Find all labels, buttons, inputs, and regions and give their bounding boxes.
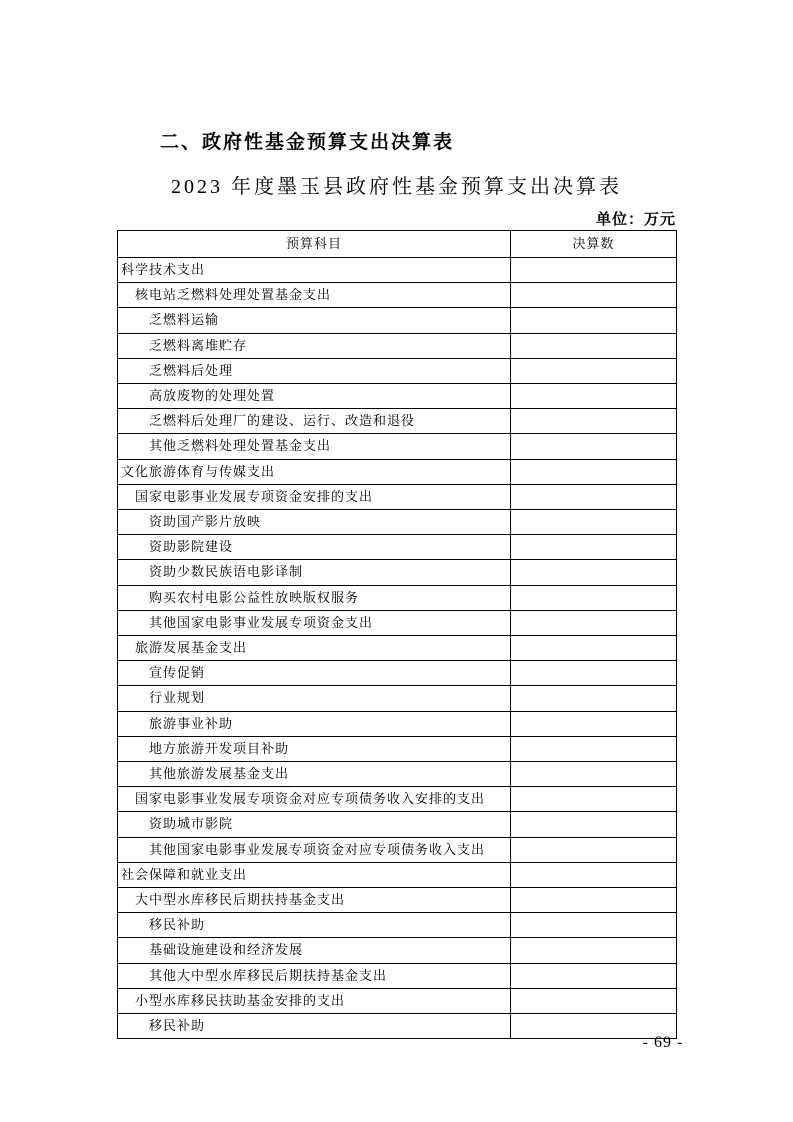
table-row: 科学技术支出 [118, 258, 677, 283]
table-row: 高放废物的处理处置 [118, 384, 677, 409]
budget-subject-cell: 乏燃料后处理 [118, 358, 511, 383]
budget-subject-cell: 宣传促销 [118, 661, 511, 686]
final-amount-cell [511, 258, 677, 283]
document-page: 二、政府性基金预算支出决算表 2023 年度墨玉县政府性基金预算支出决算表 单位… [0, 0, 793, 1122]
budget-subject-cell: 科学技术支出 [118, 258, 511, 283]
final-amount-cell [511, 913, 677, 938]
table-row: 大中型水库移民后期扶持基金支出 [118, 888, 677, 913]
budget-subject-cell: 地方旅游开发项目补助 [118, 736, 511, 761]
budget-subject-cell: 其他国家电影事业发展专项资金支出 [118, 610, 511, 635]
budget-subject-cell: 国家电影事业发展专项资金对应专项债务收入安排的支出 [118, 787, 511, 812]
budget-subject-cell: 乏燃料离堆贮存 [118, 333, 511, 358]
final-amount-cell [511, 459, 677, 484]
final-amount-cell [511, 988, 677, 1013]
final-amount-cell [511, 686, 677, 711]
budget-subject-cell: 高放废物的处理处置 [118, 384, 511, 409]
budget-subject-cell: 小型水库移民扶助基金安排的支出 [118, 988, 511, 1013]
final-amount-cell [511, 938, 677, 963]
budget-expenditure-table: 预算科目 决算数 科学技术支出核电站乏燃料处理处置基金支出乏燃料运输乏燃料离堆贮… [117, 230, 677, 1039]
budget-subject-cell: 购买农村电影公益性放映版权服务 [118, 585, 511, 610]
final-amount-cell [511, 762, 677, 787]
page-number: - 69 - [618, 1034, 708, 1052]
table-row: 其他国家电影事业发展专项资金支出 [118, 610, 677, 635]
budget-subject-cell: 移民补助 [118, 1014, 511, 1039]
budget-subject-cell: 社会保障和就业支出 [118, 862, 511, 887]
budget-subject-cell: 其他乏燃料处理处置基金支出 [118, 434, 511, 459]
table-row: 移民补助 [118, 1014, 677, 1039]
table-row: 小型水库移民扶助基金安排的支出 [118, 988, 677, 1013]
budget-subject-cell: 乏燃料运输 [118, 308, 511, 333]
table-header-row: 预算科目 决算数 [118, 231, 677, 258]
final-amount-cell [511, 384, 677, 409]
budget-subject-cell: 旅游事业补助 [118, 711, 511, 736]
final-amount-cell [511, 711, 677, 736]
column-header-budget-subject: 预算科目 [118, 231, 511, 258]
table-row: 国家电影事业发展专项资金安排的支出 [118, 484, 677, 509]
final-amount-cell [511, 358, 677, 383]
table-row: 资助影院建设 [118, 535, 677, 560]
table-row: 核电站乏燃料处理处置基金支出 [118, 283, 677, 308]
final-amount-cell [511, 434, 677, 459]
table-row: 乏燃料后处理 [118, 358, 677, 383]
table-row: 乏燃料离堆贮存 [118, 333, 677, 358]
budget-subject-cell: 其他旅游发展基金支出 [118, 762, 511, 787]
budget-subject-cell: 其他大中型水库移民后期扶持基金支出 [118, 963, 511, 988]
final-amount-cell [511, 409, 677, 434]
budget-subject-cell: 大中型水库移民后期扶持基金支出 [118, 888, 511, 913]
final-amount-cell [511, 888, 677, 913]
table-row: 乏燃料后处理厂的建设、运行、改造和退役 [118, 409, 677, 434]
budget-subject-cell: 旅游发展基金支出 [118, 636, 511, 661]
budget-subject-cell: 国家电影事业发展专项资金安排的支出 [118, 484, 511, 509]
final-amount-cell [511, 812, 677, 837]
budget-subject-cell: 行业规划 [118, 686, 511, 711]
table-row: 旅游发展基金支出 [118, 636, 677, 661]
table-row: 资助少数民族语电影译制 [118, 560, 677, 585]
budget-subject-cell: 核电站乏燃料处理处置基金支出 [118, 283, 511, 308]
table-row: 其他乏燃料处理处置基金支出 [118, 434, 677, 459]
final-amount-cell [511, 862, 677, 887]
table-row: 国家电影事业发展专项资金对应专项债务收入安排的支出 [118, 787, 677, 812]
budget-subject-cell: 资助国产影片放映 [118, 510, 511, 535]
table-row: 行业规划 [118, 686, 677, 711]
column-header-final-amount: 决算数 [511, 231, 677, 258]
budget-subject-cell: 资助少数民族语电影译制 [118, 560, 511, 585]
final-amount-cell [511, 585, 677, 610]
final-amount-cell [511, 510, 677, 535]
table-body: 科学技术支出核电站乏燃料处理处置基金支出乏燃料运输乏燃料离堆贮存乏燃料后处理高放… [118, 258, 677, 1039]
table-row: 其他旅游发展基金支出 [118, 762, 677, 787]
table-row: 资助城市影院 [118, 812, 677, 837]
unit-label: 单位：万元 [117, 208, 676, 229]
budget-subject-cell: 资助城市影院 [118, 812, 511, 837]
final-amount-cell [511, 610, 677, 635]
table-row: 移民补助 [118, 913, 677, 938]
table-row: 乏燃料运输 [118, 308, 677, 333]
final-amount-cell [511, 308, 677, 333]
budget-subject-cell: 移民补助 [118, 913, 511, 938]
final-amount-cell [511, 333, 677, 358]
table-row: 其他大中型水库移民后期扶持基金支出 [118, 963, 677, 988]
table-row: 购买农村电影公益性放映版权服务 [118, 585, 677, 610]
final-amount-cell [511, 636, 677, 661]
budget-subject-cell: 其他国家电影事业发展专项资金对应专项债务收入支出 [118, 837, 511, 862]
table-row: 旅游事业补助 [118, 711, 677, 736]
final-amount-cell [511, 535, 677, 560]
final-amount-cell [511, 560, 677, 585]
final-amount-cell [511, 963, 677, 988]
final-amount-cell [511, 736, 677, 761]
budget-subject-cell: 基础设施建设和经济发展 [118, 938, 511, 963]
table-title: 2023 年度墨玉县政府性基金预算支出决算表 [0, 170, 793, 199]
final-amount-cell [511, 484, 677, 509]
table-row: 文化旅游体育与传媒支出 [118, 459, 677, 484]
table-row: 地方旅游开发项目补助 [118, 736, 677, 761]
budget-subject-cell: 资助影院建设 [118, 535, 511, 560]
table-row: 资助国产影片放映 [118, 510, 677, 535]
final-amount-cell [511, 787, 677, 812]
final-amount-cell [511, 283, 677, 308]
final-amount-cell [511, 837, 677, 862]
table-row: 社会保障和就业支出 [118, 862, 677, 887]
section-heading: 二、政府性基金预算支出决算表 [160, 127, 454, 154]
budget-subject-cell: 乏燃料后处理厂的建设、运行、改造和退役 [118, 409, 511, 434]
table-row: 基础设施建设和经济发展 [118, 938, 677, 963]
table-row: 其他国家电影事业发展专项资金对应专项债务收入支出 [118, 837, 677, 862]
final-amount-cell [511, 661, 677, 686]
budget-subject-cell: 文化旅游体育与传媒支出 [118, 459, 511, 484]
table-row: 宣传促销 [118, 661, 677, 686]
